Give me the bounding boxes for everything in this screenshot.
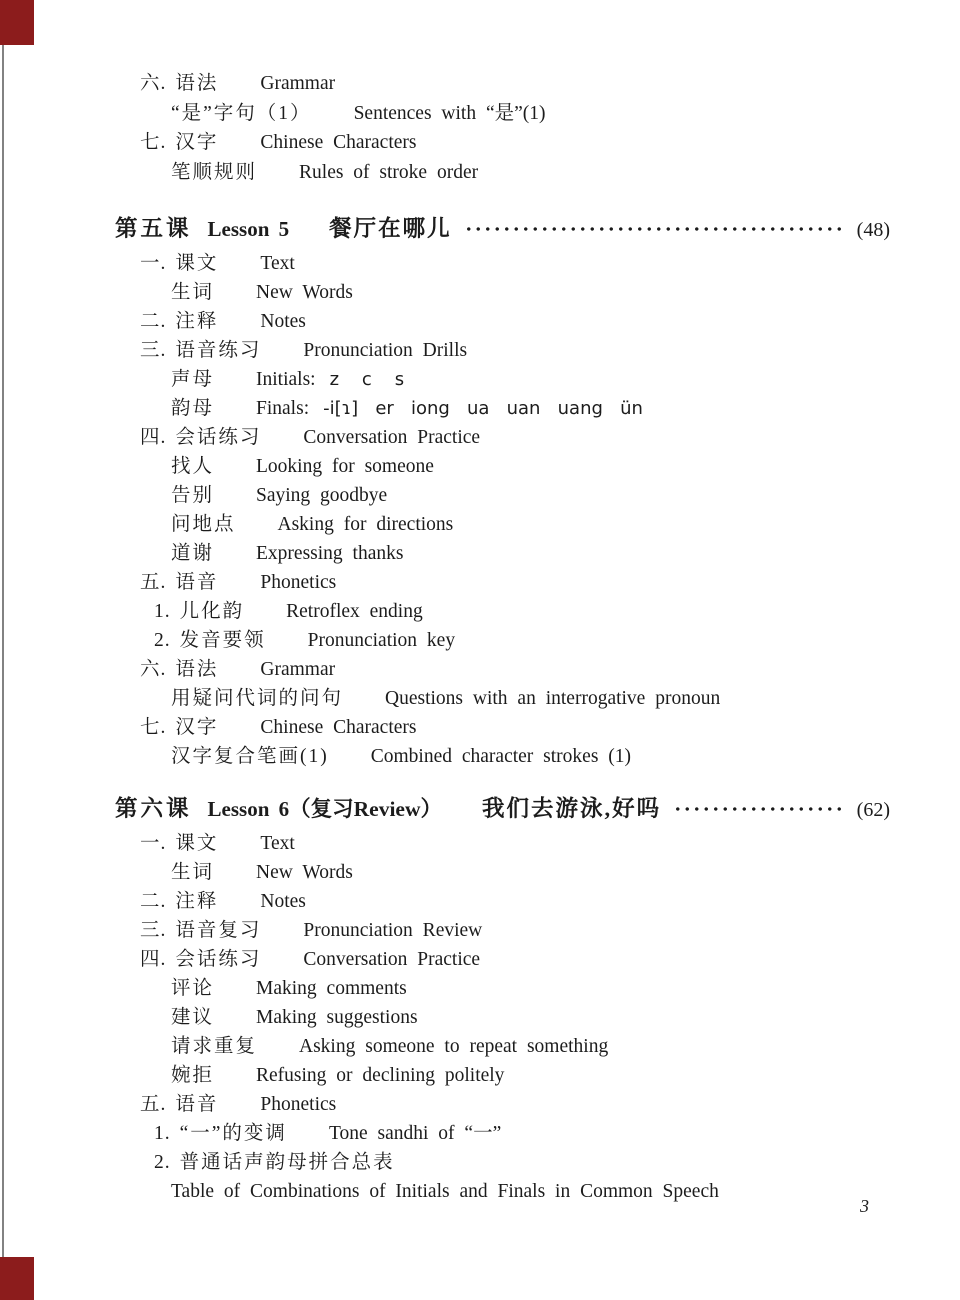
item-label-en: Finals:: [256, 394, 309, 423]
lesson-header: 第六课 Lesson 6 （复习Review） 我们去游泳,好吗 (62): [115, 792, 890, 826]
item-label-en: Questions with an interrogative pronoun: [385, 684, 720, 713]
item-marker: 二.: [140, 887, 166, 916]
item-marker: 二.: [140, 307, 166, 336]
item-label-en: Sentences with “是”(1): [354, 99, 546, 129]
item-marker: 五.: [140, 1090, 166, 1119]
lesson-5-section: 第五课 Lesson 5 餐厅在哪儿 (48) 一.课文Text生词New Wo…: [115, 212, 890, 771]
item-label-zh: 找人: [171, 452, 214, 481]
toc-row: 韵母Finals:-i[ɿ] er iong ua uan uang ün: [115, 394, 890, 423]
item-label-en: Pronunciation Review: [303, 916, 482, 945]
item-label-zh: 韵母: [171, 394, 214, 423]
item-label-en: Notes: [260, 307, 306, 336]
item-label-zh: 语法: [175, 69, 218, 99]
item-label-zh: 会话练习: [175, 945, 261, 974]
lesson-number-en: Lesson 6: [208, 792, 290, 826]
toc-row: 五.语音Phonetics: [115, 568, 890, 597]
scan-edge-line: [2, 0, 4, 1300]
lesson-number-zh: 第六课: [115, 792, 192, 826]
item-label-zh: “是”字句（1）: [171, 99, 312, 129]
item-label-en: Retroflex ending: [286, 597, 423, 626]
item-label-en: Asking someone to repeat something: [299, 1032, 608, 1061]
item-marker: 1.: [154, 597, 171, 626]
toc-row: 用疑问代词的问句Questions with an interrogative …: [115, 684, 890, 713]
toc-row: 五.语音Phonetics: [115, 1090, 890, 1119]
item-marker: 七.: [140, 713, 166, 742]
item-label-zh: “一”的变调: [180, 1119, 287, 1148]
item-label-zh: 生词: [171, 858, 214, 887]
toc-row: 婉拒Refusing or declining politely: [115, 1061, 890, 1090]
lesson-5-items: 一.课文Text生词New Words二.注释Notes三.语音练习Pronun…: [115, 249, 890, 771]
toc-row: 1.“一”的变调Tone sandhi of “一”: [115, 1119, 890, 1148]
item-label-en: New Words: [256, 858, 353, 887]
toc-row: 一.课文Text: [115, 829, 890, 858]
toc-row: 道谢Expressing thanks: [115, 539, 890, 568]
item-marker: 一.: [140, 829, 166, 858]
item-label-zh: 婉拒: [171, 1061, 214, 1090]
toc-row: 1.儿化韵Retroflex ending: [115, 597, 890, 626]
item-marker: 六.: [140, 655, 166, 684]
item-marker: 五.: [140, 568, 166, 597]
item-label-en: Conversation Practice: [303, 423, 480, 452]
item-label-zh: 儿化韵: [180, 597, 245, 626]
toc-row: “是”字句（1）Sentences with “是”(1): [115, 99, 895, 129]
item-label-zh: 请求重复: [171, 1032, 257, 1061]
toc-row: 问地点Asking for directions: [115, 510, 890, 539]
toc-row: 三.语音复习Pronunciation Review: [115, 916, 890, 945]
dot-leader: [464, 224, 847, 234]
lesson-page-ref: (62): [857, 793, 890, 827]
scan-corner-mark-top: [0, 0, 34, 45]
toc-row: 找人Looking for someone: [115, 452, 890, 481]
item-label-en: Text: [260, 829, 294, 858]
toc-row: 七.汉字Chinese Characters: [115, 128, 895, 158]
item-label-en: Pronunciation key: [308, 626, 455, 655]
toc-row: 三.语音练习Pronunciation Drills: [115, 336, 890, 365]
item-marker: 一.: [140, 249, 166, 278]
item-label-en: Refusing or declining politely: [256, 1061, 504, 1090]
item-label-zh: 语音复习: [175, 916, 261, 945]
toc-row: 二.注释Notes: [115, 887, 890, 916]
item-label-zh: 笔顺规则: [171, 158, 257, 188]
item-marker: 四.: [140, 423, 166, 452]
lesson-number-en: Lesson 5: [208, 212, 290, 246]
toc-row: 七.汉字Chinese Characters: [115, 713, 890, 742]
item-phonetic: -i[ɿ] er iong ua uan uang ün: [323, 394, 643, 423]
item-label-zh: 语音: [175, 568, 218, 597]
item-marker: 三.: [140, 336, 166, 365]
toc-row: 2.发音要领Pronunciation key: [115, 626, 890, 655]
item-label-en: Making suggestions: [256, 1003, 418, 1032]
toc-row: 汉字复合笔画(1)Combined character strokes (1): [115, 742, 890, 771]
toc-row: 六.语法Grammar: [115, 655, 890, 684]
lesson-title-zh: 我们去游泳,好吗: [482, 792, 661, 826]
item-label-zh: 用疑问代词的问句: [171, 684, 343, 713]
item-marker: 三.: [140, 916, 166, 945]
toc-row: 建议Making suggestions: [115, 1003, 890, 1032]
item-label-en: Expressing thanks: [256, 539, 403, 568]
item-label-zh: 语音: [175, 1090, 218, 1119]
item-label-en: Chinese Characters: [260, 128, 416, 158]
item-marker: 六.: [140, 69, 166, 99]
item-label-zh: 建议: [171, 1003, 214, 1032]
item-label-en: Combined character strokes (1): [371, 742, 631, 771]
lesson-6-section: 第六课 Lesson 6 （复习Review） 我们去游泳,好吗 (62) 一.…: [115, 792, 890, 1206]
toc-row: 一.课文Text: [115, 249, 890, 278]
item-label-zh: 普通话声韵母拼合总表: [180, 1148, 395, 1177]
item-label-zh: 课文: [175, 829, 218, 858]
lesson-number-zh: 第五课: [115, 212, 192, 246]
item-marker: 1.: [154, 1119, 171, 1148]
item-label-en: Notes: [260, 887, 306, 916]
item-label-zh: 汉字复合笔画(1): [171, 742, 329, 771]
dot-leader: [673, 804, 847, 814]
item-phonetic: z c s: [330, 365, 405, 394]
toc-row: 请求重复Asking someone to repeat something: [115, 1032, 890, 1061]
toc-row: 四.会话练习Conversation Practice: [115, 945, 890, 974]
toc-row: 2.普通话声韵母拼合总表: [115, 1148, 890, 1177]
item-label-zh: 告别: [171, 481, 214, 510]
item-label-zh: 声母: [171, 365, 214, 394]
item-label-en: Grammar: [260, 655, 335, 684]
lesson-review-note: （复习Review）: [289, 792, 442, 826]
item-label-en: Pronunciation Drills: [303, 336, 467, 365]
toc-row: 生词New Words: [115, 858, 890, 887]
item-label-zh: 注释: [175, 307, 218, 336]
item-label-en: Table of Combinations of Initials and Fi…: [171, 1177, 719, 1206]
item-label-zh: 生词: [171, 278, 214, 307]
page-number: 3: [860, 1196, 869, 1217]
item-label-zh: 注释: [175, 887, 218, 916]
item-marker: 四.: [140, 945, 166, 974]
item-label-en: Grammar: [260, 69, 335, 99]
item-label-en: Chinese Characters: [260, 713, 416, 742]
item-label-en: Phonetics: [260, 1090, 336, 1119]
toc-row: 六.语法Grammar: [115, 69, 895, 99]
toc-leading-items: 六.语法Grammar“是”字句（1）Sentences with “是”(1)…: [115, 69, 895, 187]
item-label-en: Text: [260, 249, 294, 278]
item-label-en: Phonetics: [260, 568, 336, 597]
toc-row: 笔顺规则Rules of stroke order: [115, 158, 895, 188]
item-label-zh: 课文: [175, 249, 218, 278]
item-label-zh: 语音练习: [175, 336, 261, 365]
item-label-en: New Words: [256, 278, 353, 307]
item-label-en: Conversation Practice: [303, 945, 480, 974]
item-label-zh: 语法: [175, 655, 218, 684]
item-label-en: Saying goodbye: [256, 481, 387, 510]
toc-row: 评论Making comments: [115, 974, 890, 1003]
scanned-toc-page: 六.语法Grammar“是”字句（1）Sentences with “是”(1)…: [0, 0, 960, 1300]
toc-row: 二.注释Notes: [115, 307, 890, 336]
item-label-en: Rules of stroke order: [299, 158, 478, 188]
toc-row: 声母Initials:z c s: [115, 365, 890, 394]
item-marker: 2.: [154, 626, 171, 655]
lesson-page-ref: (48): [857, 213, 890, 247]
item-label-en: Making comments: [256, 974, 407, 1003]
item-label-en: Looking for someone: [256, 452, 434, 481]
item-label-zh: 会话练习: [175, 423, 261, 452]
toc-row: 生词New Words: [115, 278, 890, 307]
item-label-en: Tone sandhi of “一”: [329, 1119, 501, 1148]
item-label-zh: 发音要领: [180, 626, 266, 655]
item-label-zh: 评论: [171, 974, 214, 1003]
lesson-6-items: 一.课文Text生词New Words二.注释Notes三.语音复习Pronun…: [115, 829, 890, 1206]
toc-row: 四.会话练习Conversation Practice: [115, 423, 890, 452]
lesson-title-zh: 餐厅在哪儿: [329, 212, 452, 246]
scan-corner-mark-bottom: [0, 1257, 34, 1300]
toc-row: 告别Saying goodbye: [115, 481, 890, 510]
item-marker: 2.: [154, 1148, 171, 1177]
lesson-header: 第五课 Lesson 5 餐厅在哪儿 (48): [115, 212, 890, 246]
item-label-zh: 汉字: [175, 713, 218, 742]
toc-row: Table of Combinations of Initials and Fi…: [115, 1177, 890, 1206]
item-label-en: Asking for directions: [278, 510, 454, 539]
item-label-zh: 问地点: [171, 510, 236, 539]
item-label-zh: 汉字: [175, 128, 218, 158]
item-label-zh: 道谢: [171, 539, 214, 568]
item-label-en: Initials:: [256, 365, 316, 394]
item-marker: 七.: [140, 128, 166, 158]
